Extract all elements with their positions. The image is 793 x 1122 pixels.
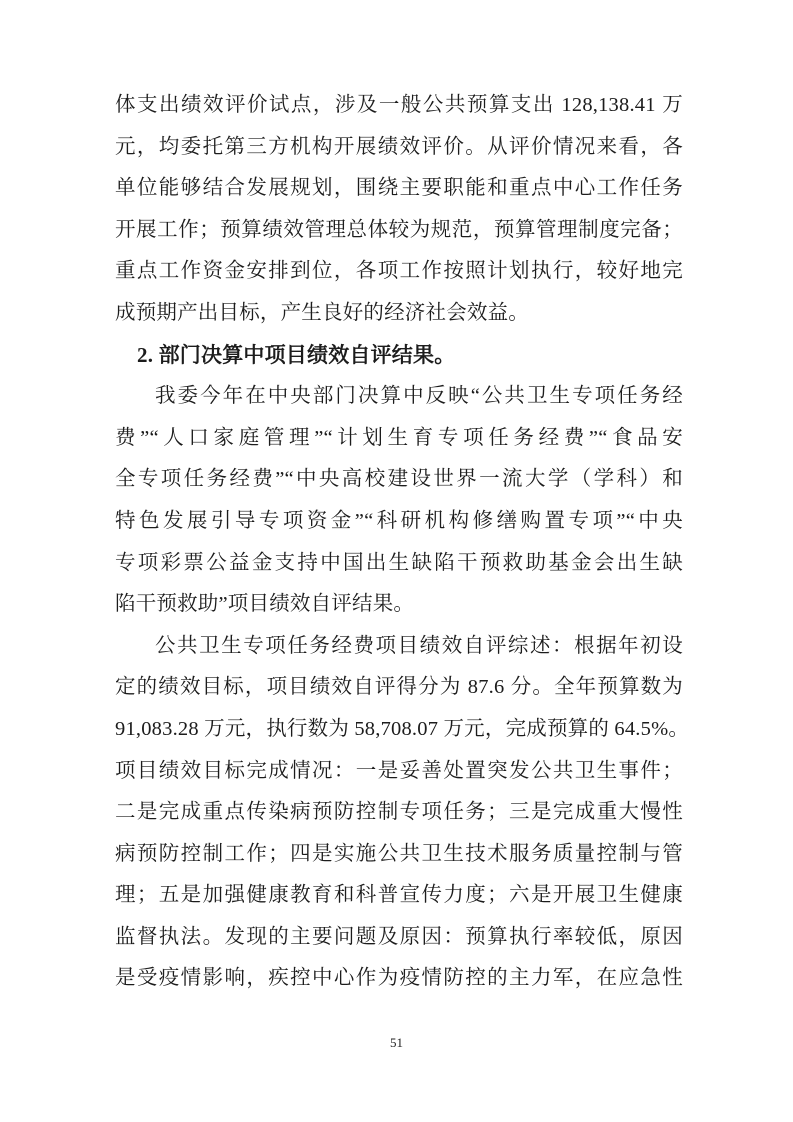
text-line: 全专项任务经费”“中央高校建设世界一流大学（学科）和 [115, 459, 683, 501]
document-page: 体支出绩效评价试点，涉及一般公共预算支出 128,138.41 万 元，均委托第… [0, 0, 793, 1122]
text-line: 监督执法。发现的主要问题及原因：预算执行率较低，原因 [115, 917, 683, 959]
text-line: 项目绩效目标完成情况：一是妥善处置突发公共卫生事件； [115, 751, 683, 793]
text-line: 开展工作；预算绩效管理总体较为规范，预算管理制度完备； [115, 210, 683, 252]
text-line: 公共卫生专项任务经费项目绩效自评综述：根据年初设 [115, 626, 683, 668]
text-line: 元，均委托第三方机构开展绩效评价。从评价情况来看，各 [115, 127, 683, 169]
text-line: 是受疫情影响，疾控中心作为疫情防控的主力军，在应急性 [115, 958, 683, 1000]
section-heading: 2. 部门决算中项目绩效自评结果。 [115, 335, 683, 377]
text-content: 体支出绩效评价试点，涉及一般公共预算支出 128,138.41 万 元，均委托第… [115, 85, 683, 1000]
text-line: 特色发展引导专项资金”“科研机构修缮购置专项”“中央 [115, 501, 683, 543]
text-line: 体支出绩效评价试点，涉及一般公共预算支出 128,138.41 万 [115, 85, 683, 127]
text-line: 病预防控制工作；四是实施公共卫生技术服务质量控制与管 [115, 834, 683, 876]
text-line: 成预期产出目标，产生良好的经济社会效益。 [115, 293, 683, 335]
text-line: 专项彩票公益金支持中国出生缺陷干预救助基金会出生缺 [115, 543, 683, 585]
text-line: 单位能够结合发展规划，围绕主要职能和重点中心工作任务 [115, 168, 683, 210]
text-line: 我委今年在中央部门决算中反映“公共卫生专项任务经 [115, 376, 683, 418]
page-number: 51 [0, 1035, 793, 1051]
text-line: 定的绩效目标，项目绩效自评得分为 87.6 分。全年预算数为 [115, 667, 683, 709]
text-line: 91,083.28 万元，执行数为 58,708.07 万元，完成预算的 64.… [115, 709, 683, 751]
text-line: 费”“人口家庭管理”“计划生育专项任务经费”“食品安 [115, 418, 683, 460]
text-line: 二是完成重点传染病预防控制专项任务；三是完成重大慢性 [115, 792, 683, 834]
text-line: 理；五是加强健康教育和科普宣传力度；六是开展卫生健康 [115, 875, 683, 917]
text-line: 陷干预救助”项目绩效自评结果。 [115, 584, 683, 626]
text-line: 重点工作资金安排到位，各项工作按照计划执行，较好地完 [115, 251, 683, 293]
